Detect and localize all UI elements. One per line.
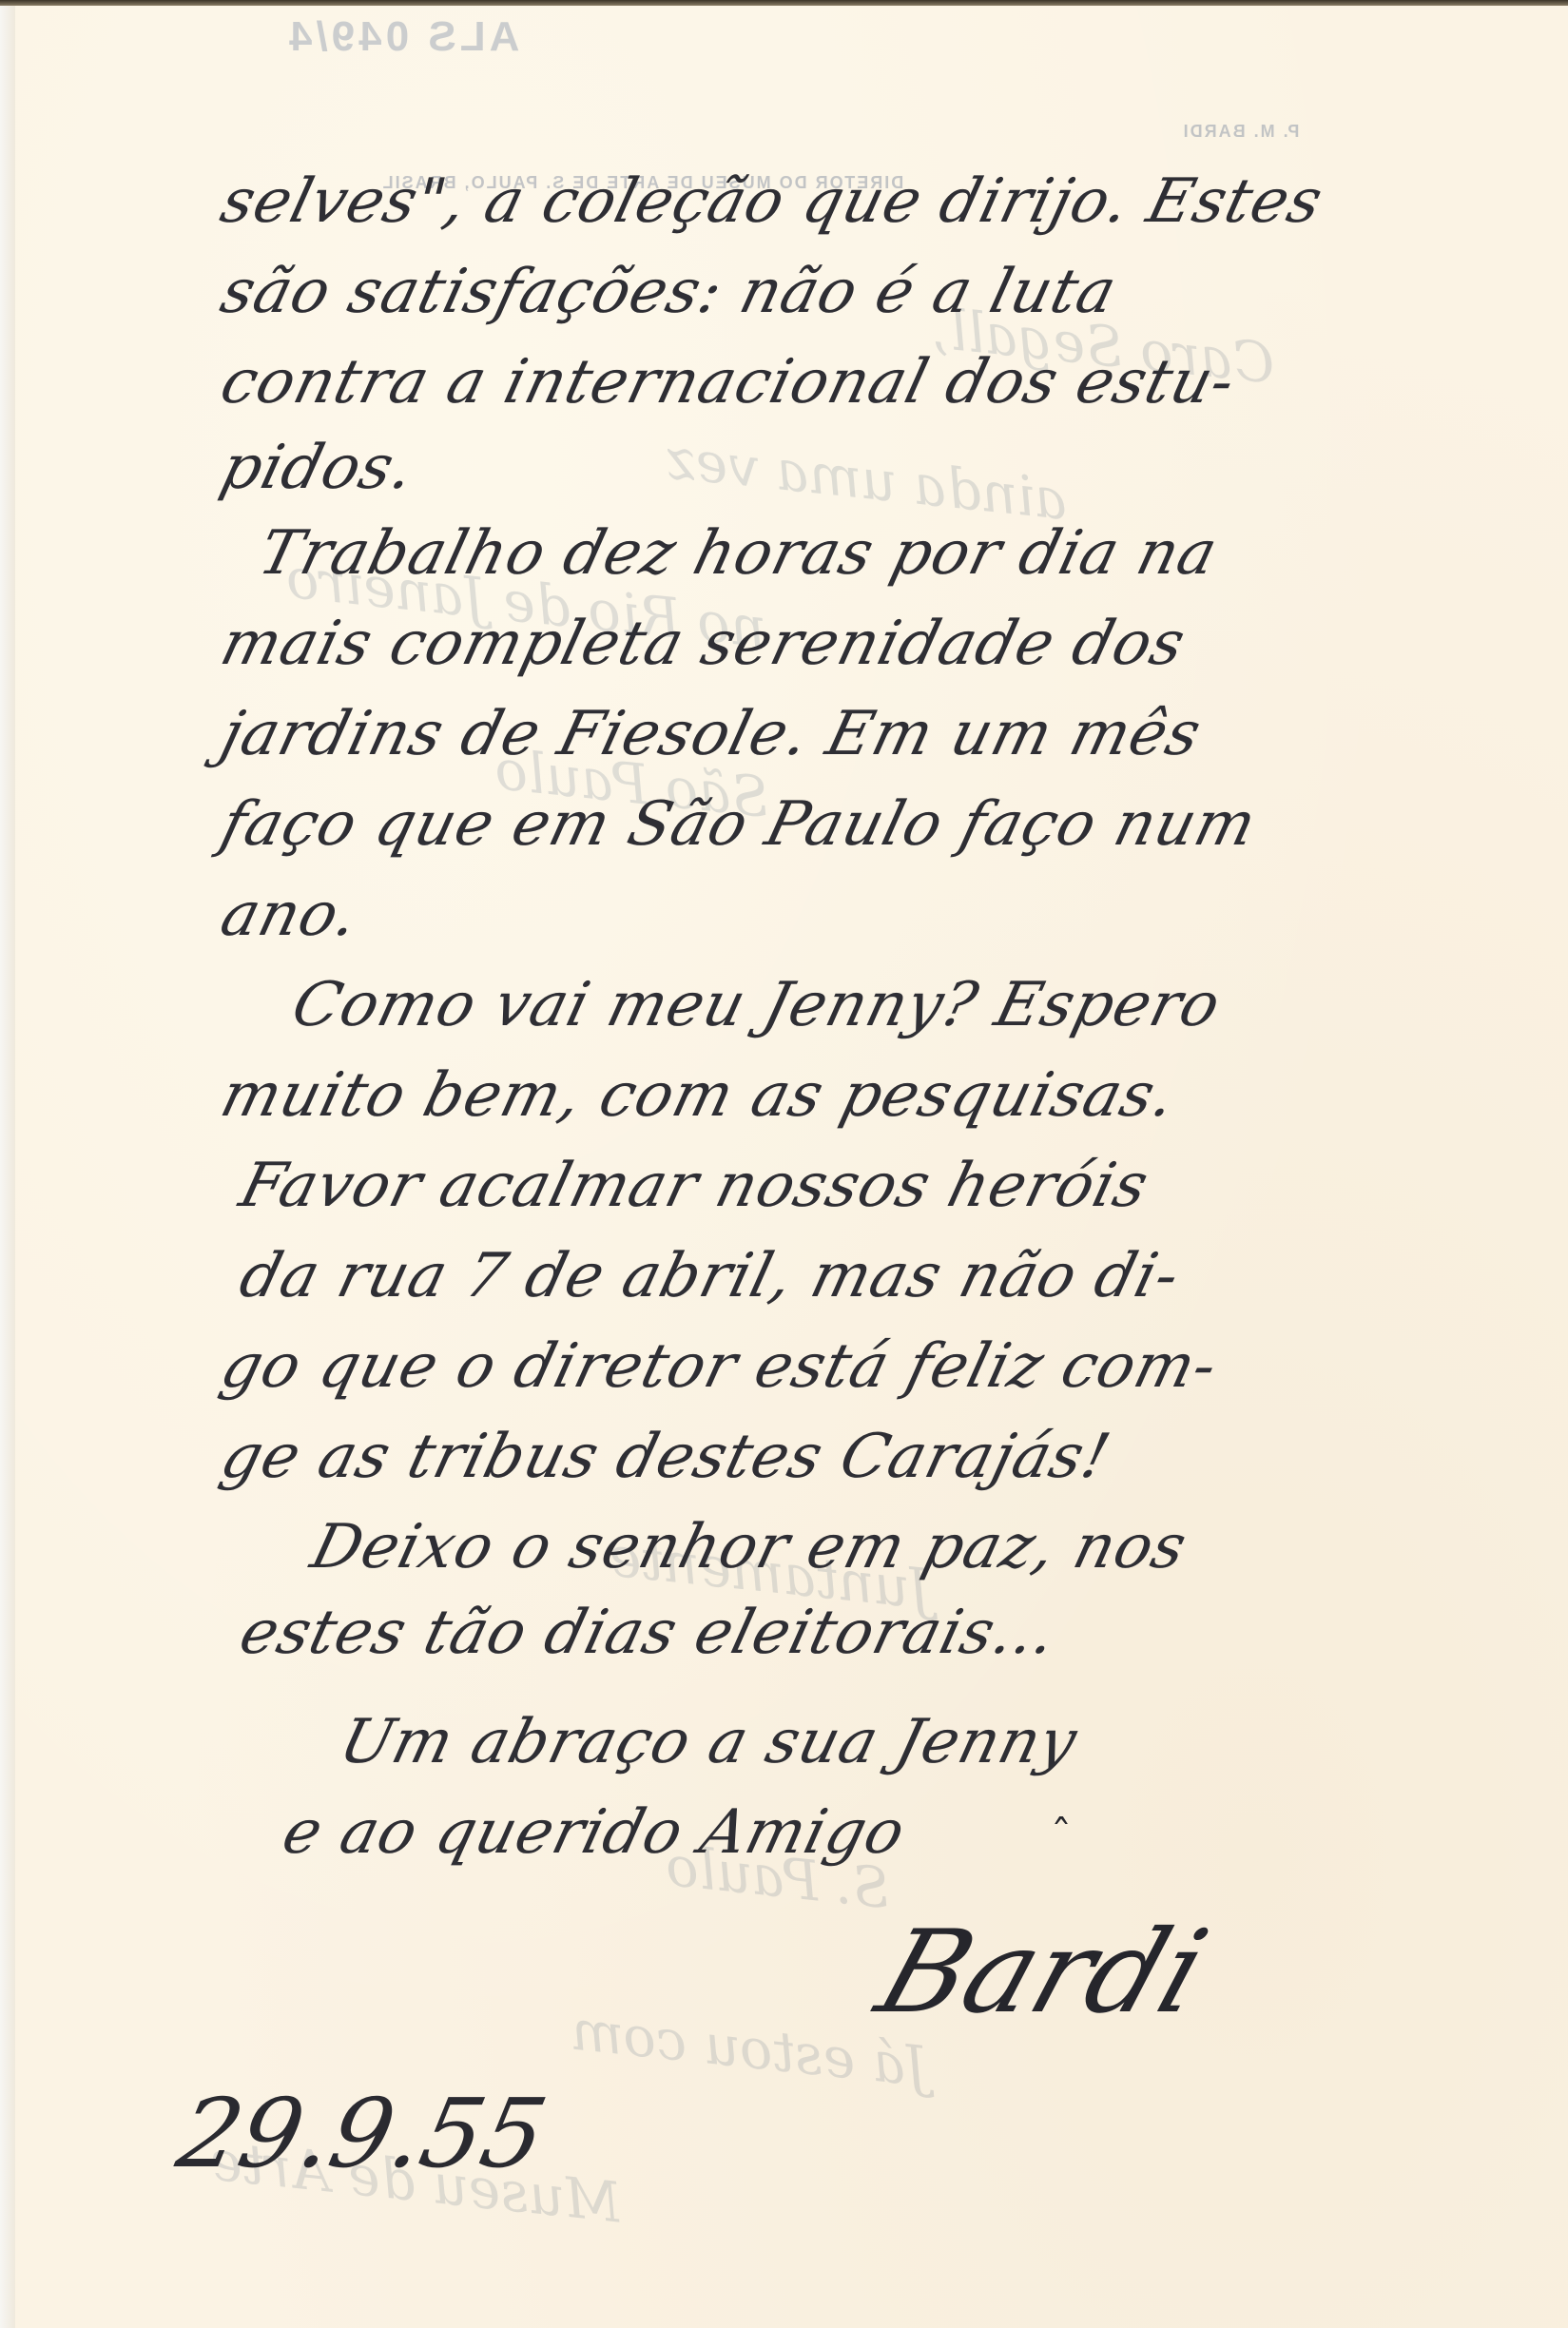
letter-line: jardins de Fiesole. Em um mês [214,699,1209,769]
letter-line: pidos. [214,433,422,503]
letter-line: Deixo o senhor em paz, nos [304,1512,1194,1582]
letter-line: muito bem, com as pesquisas. [214,1060,1183,1131]
letter-line: contra a internacional dos estu- [214,347,1243,417]
letterhead-name: P. M. BARDI [1182,122,1300,142]
letter-line: ge as tribus destes Carajás! [214,1422,1117,1492]
ghost-line: ainda uma vez [664,426,1071,533]
letter-line: Um abraço a sua Jenny [333,1707,1084,1777]
letter-line: go que o diretor está feliz com- [214,1331,1225,1402]
letter-line: Favor acalmar nossos heróis [233,1151,1155,1221]
scan-top-edge [0,0,1568,6]
letter-line: da rua 7 de abril, mas não di- [233,1241,1187,1311]
signature-accent: ˆ [1051,1812,1072,1860]
letter-line: ano. [214,880,366,950]
letter-page: ALS 049/4 P. M. BARDI DIRETOR DO MUSEU D… [0,0,1568,2328]
letter-line: e ao querido Amigo [276,1797,913,1868]
letter-line: estes tão dias eleitorais... [233,1598,1064,1668]
letter-line: Como vai meu Jenny? Espero [285,970,1228,1040]
letter-line: selves", a coleção que dirijo. Estes [214,166,1330,237]
scan-left-edge [0,6,15,2328]
letter-line: Trabalho dez horas por dia na [252,518,1225,589]
archive-stamp: ALS 049/4 [285,13,519,61]
letter-line: faço que em São Paulo faço num [214,789,1264,860]
letter-line: são satisfações: não é a luta [214,257,1124,327]
letter-date: 29.9.55 [169,2078,556,2189]
signature: Bardi [862,1907,1221,2039]
letter-line: mais completa serenidade dos [214,609,1192,679]
